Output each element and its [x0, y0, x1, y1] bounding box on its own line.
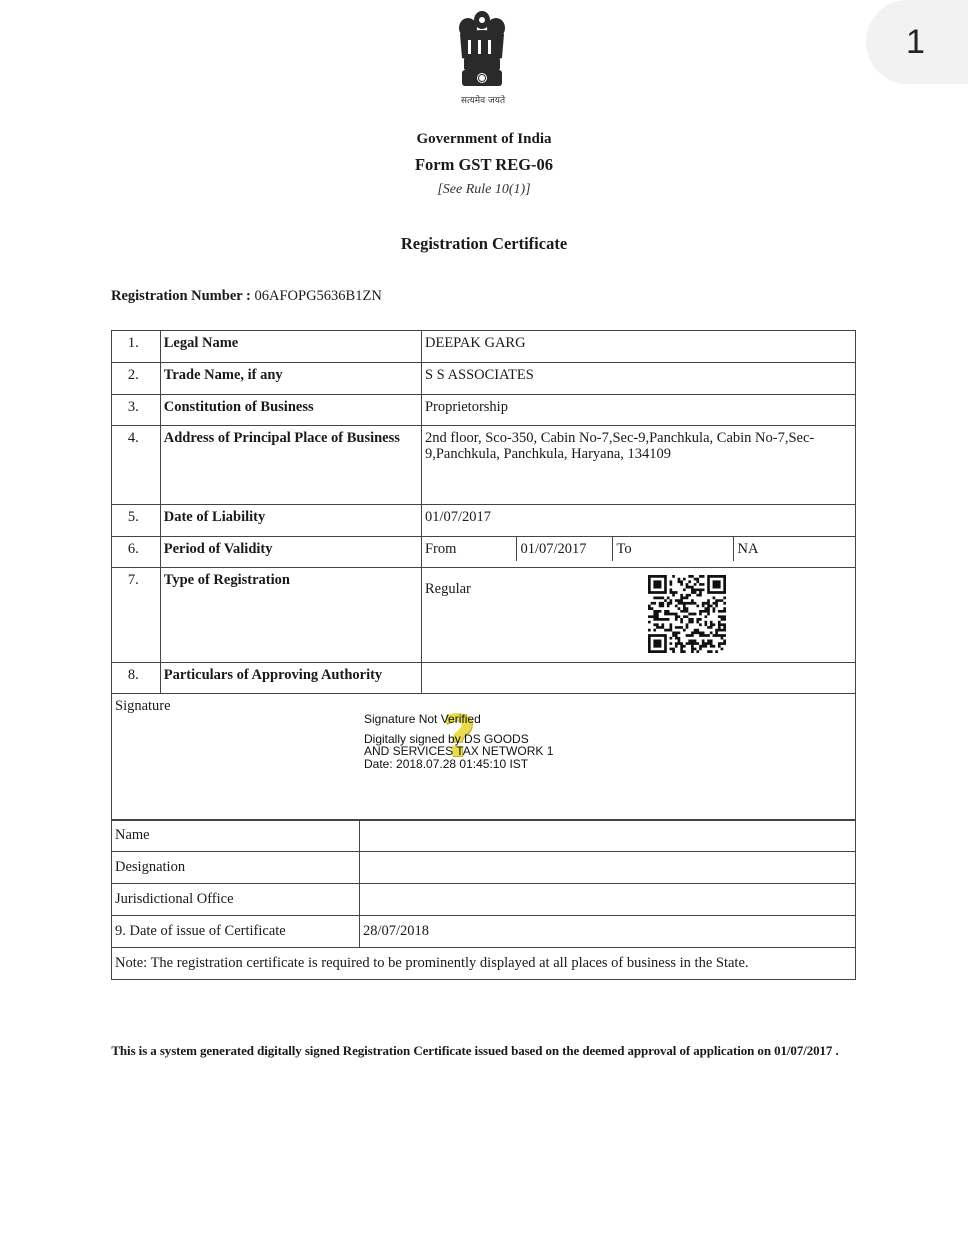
jurisdictional-office-label: Jurisdictional Office — [112, 884, 360, 916]
address-value: 2nd floor, Sco-350, Cabin No-7,Sec-9,Pan… — [421, 426, 855, 505]
designation-value — [360, 852, 856, 884]
date-of-issue-label: 9. Date of issue of Certificate — [112, 916, 360, 948]
constitution-value: Proprietorship — [421, 395, 855, 426]
signed-by-line-2: AND SERVICES TAX NETWORK 1 — [364, 745, 553, 758]
row-label: Constitution of Business — [160, 395, 421, 426]
registration-number-value: 06AFOPG5636B1ZN — [255, 288, 382, 304]
table-row: 4. Address of Principal Place of Busines… — [112, 426, 856, 505]
registration-number-line: Registration Number : 06AFOPG5636B1ZN — [111, 288, 382, 305]
page-number: 1 — [906, 23, 925, 62]
date-of-liability-value: 01/07/2017 — [421, 505, 855, 537]
from-label: From — [422, 537, 517, 561]
table-row: 5. Date of Liability 01/07/2017 — [112, 505, 856, 537]
registration-type-value: Regular — [421, 568, 855, 663]
legal-name-value: DEEPAK GARG — [421, 331, 855, 363]
row-label: Type of Registration — [160, 568, 421, 663]
to-label: To — [613, 537, 734, 561]
emblem-motto: सत्यमेव जयते — [438, 93, 528, 106]
page-number-badge: 1 — [866, 0, 968, 84]
jurisdictional-office-value — [360, 884, 856, 916]
trade-name-value: S S ASSOCIATES — [421, 363, 855, 395]
certificate-title: Registration Certificate — [0, 234, 968, 254]
name-label: Name — [112, 820, 360, 852]
approving-authority-value — [421, 663, 855, 694]
table-row: 3. Constitution of Business Proprietorsh… — [112, 395, 856, 426]
row-number: 2. — [112, 363, 161, 395]
table-row: 7. Type of Registration Regular — [112, 568, 856, 663]
row-label: Date of Liability — [160, 505, 421, 537]
to-value: NA — [734, 537, 855, 561]
validity-subtable: From 01/07/2017 To NA — [422, 537, 855, 561]
signature-date: Date: 2018.07.28 01:45:10 IST — [364, 758, 553, 771]
designation-label: Designation — [112, 852, 360, 884]
form-name: Form GST REG-06 — [0, 155, 968, 175]
from-value: 01/07/2017 — [517, 537, 613, 561]
display-note: Note: The registration certificate is re… — [112, 948, 856, 980]
authority-table: Name Designation Jurisdictional Office 9… — [111, 819, 856, 980]
registration-number-label: Registration Number : — [111, 288, 251, 304]
rule-reference: [See Rule 10(1)] — [0, 182, 968, 198]
row-label: Address of Principal Place of Business — [160, 426, 421, 505]
row-number: 3. — [112, 395, 161, 426]
qr-code-icon — [648, 575, 726, 653]
government-heading: Government of India — [0, 131, 968, 148]
table-row: Jurisdictional Office — [112, 884, 856, 916]
table-row: 2. Trade Name, if any S S ASSOCIATES — [112, 363, 856, 395]
date-of-issue-value: 28/07/2018 — [360, 916, 856, 948]
validity-cell: From 01/07/2017 To NA — [421, 537, 855, 568]
row-number: 7. — [112, 568, 161, 663]
row-label: Trade Name, if any — [160, 363, 421, 395]
table-row: 6. Period of Validity From 01/07/2017 To… — [112, 537, 856, 568]
table-row: 1. Legal Name DEEPAK GARG — [112, 331, 856, 363]
name-value — [360, 820, 856, 852]
table-row: Name — [112, 820, 856, 852]
row-number: 4. — [112, 426, 161, 505]
system-generated-footer: This is a system generated digitally sig… — [0, 1043, 950, 1059]
row-label: Legal Name — [160, 331, 421, 363]
row-number: 6. — [112, 537, 161, 568]
table-row: 8. Particulars of Approving Authority — [112, 663, 856, 694]
row-number: 8. — [112, 663, 161, 694]
row-label: Particulars of Approving Authority — [160, 663, 421, 694]
signature-status: Signature Not Verified — [364, 713, 553, 726]
row-label: Period of Validity — [160, 537, 421, 568]
row-number: 1. — [112, 331, 161, 363]
digital-signature-block: Signature Not Verified Digitally signed … — [364, 713, 553, 770]
note-row: Note: The registration certificate is re… — [112, 948, 856, 980]
table-row: Designation — [112, 852, 856, 884]
table-row: 9. Date of issue of Certificate 28/07/20… — [112, 916, 856, 948]
row-number: 5. — [112, 505, 161, 537]
